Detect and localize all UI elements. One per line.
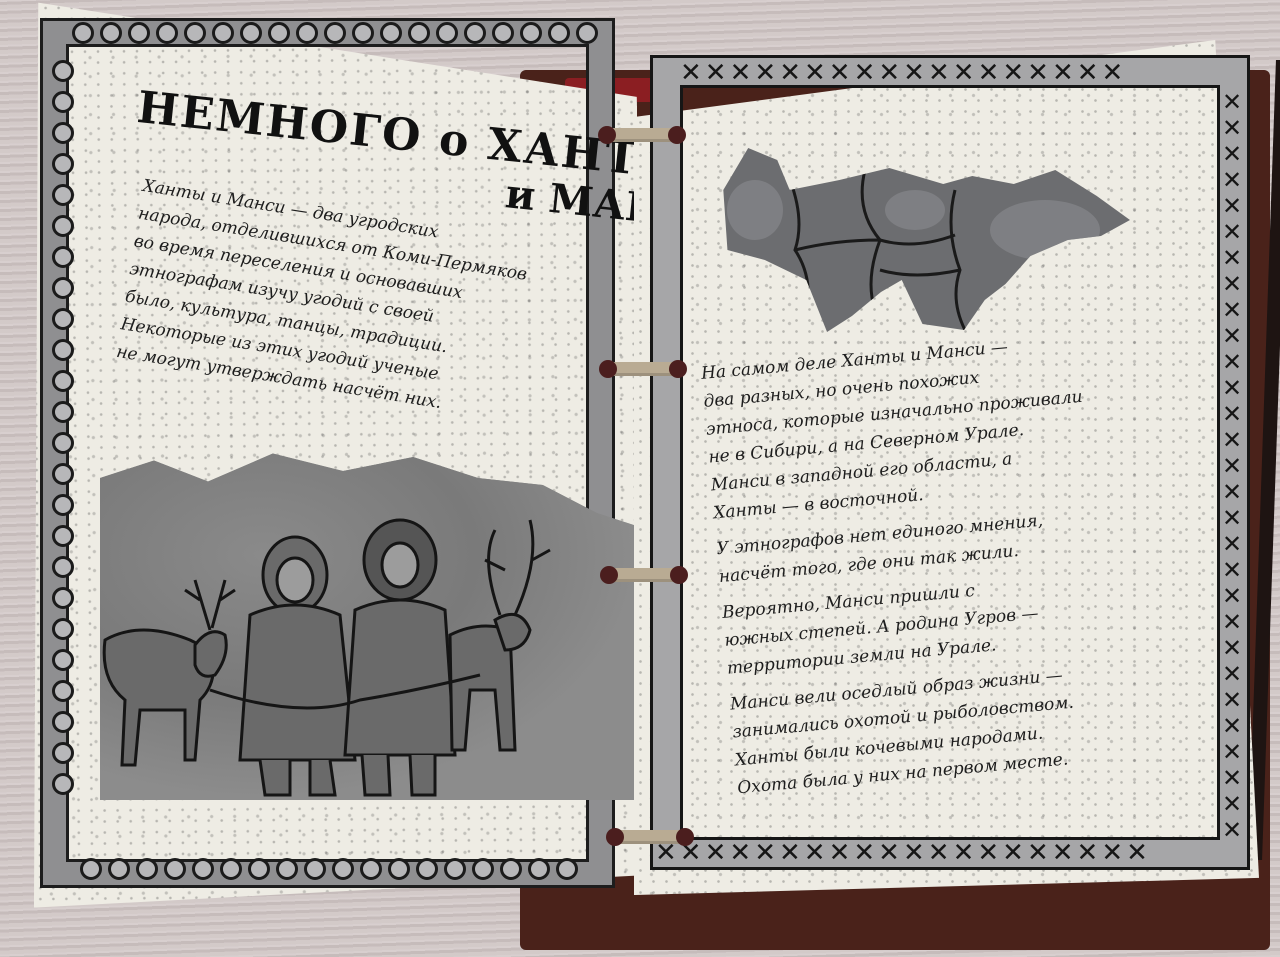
binding-twine-ring bbox=[604, 568, 684, 582]
reindeer-herders-drawing bbox=[100, 450, 640, 800]
binding-twine-ring bbox=[610, 830, 690, 844]
left-border-side-ornament bbox=[52, 60, 74, 795]
reindeer-herders-illustration bbox=[100, 450, 640, 800]
binding-twine-ring bbox=[603, 362, 683, 376]
left-border-bottom-ornament bbox=[80, 858, 578, 880]
binding-twine-ring bbox=[602, 128, 682, 142]
right-border-side-ornament: ✕✕✕✕✕✕✕✕✕✕✕✕✕✕✕✕✕✕✕✕✕✕✕✕✕✕✕✕✕ bbox=[1222, 90, 1242, 842]
right-handwritten-text: На самом деле Ханты и Манси — два разных… bbox=[700, 327, 1115, 802]
right-border-top-ornament: ✕✕✕✕✕✕✕✕✕✕✕✕✕✕✕✕✕✕ bbox=[680, 60, 1123, 86]
right-border-bottom-ornament: ✕✕✕✕✕✕✕✕✕✕✕✕✕✕✕✕✕✕✕✕ bbox=[655, 840, 1148, 866]
left-border-top-ornament bbox=[72, 22, 598, 44]
